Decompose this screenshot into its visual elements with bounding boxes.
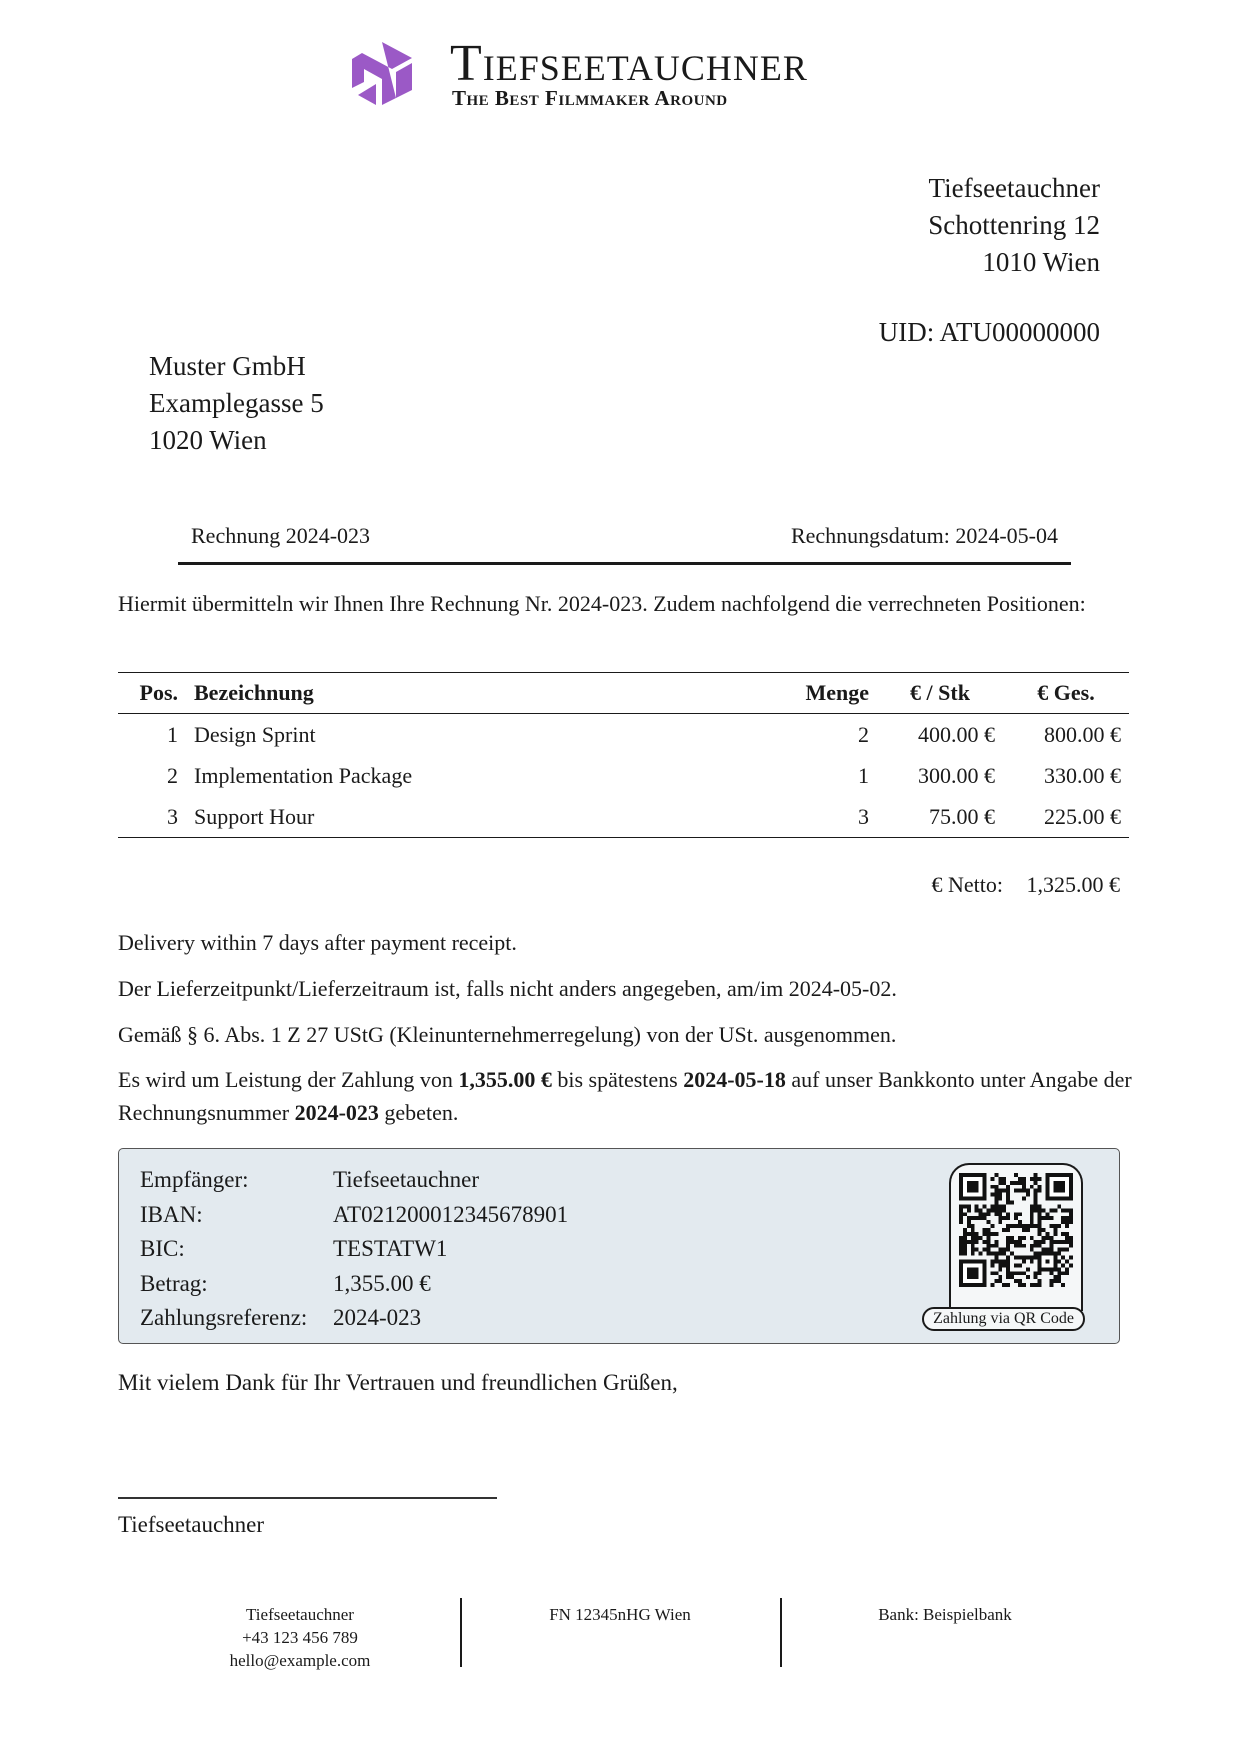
payment-text: gebeten.	[379, 1100, 458, 1125]
field-value: AT021200012345678901	[333, 1198, 568, 1233]
brand-name: Tiefseetauchner	[450, 36, 808, 92]
logo-icon	[352, 42, 414, 108]
field-value: Tiefseetauchner	[333, 1163, 479, 1198]
sender-line: 1010 Wien	[928, 244, 1100, 281]
table-row: 1 Design Sprint 2 400.00 € 800.00 €	[118, 714, 1129, 756]
field-label: Empfänger:	[140, 1163, 333, 1198]
tax-note: Gemäß § 6. Abs. 1 Z 27 UStG (Kleinuntern…	[118, 1018, 1133, 1051]
payment-request: Es wird um Leistung der Zahlung von 1,35…	[118, 1063, 1133, 1129]
closing-text: Mit vielem Dank für Ihr Vertrauen und fr…	[118, 1370, 678, 1396]
payment-field-bic: BIC: TESTATW1	[140, 1232, 568, 1267]
heading-divider	[178, 562, 1071, 565]
field-label: Betrag:	[140, 1267, 333, 1302]
payment-field-reference: Zahlungsreferenz: 2024-023	[140, 1301, 568, 1336]
items-table: Pos. Bezeichnung Menge € / Stk € Ges. 1 …	[118, 672, 1129, 838]
cell-total: 800.00 €	[1003, 714, 1129, 756]
netto-total: € Netto: 1,325.00 €	[932, 872, 1121, 898]
table-row: 2 Implementation Package 1 300.00 € 330.…	[118, 755, 1129, 796]
cell-pos: 2	[118, 755, 186, 796]
uid-number: UID: ATU00000000	[879, 314, 1100, 351]
cell-quantity: 1	[771, 755, 877, 796]
qr-code-frame	[949, 1163, 1083, 1311]
footer-bank: Bank: Beispielbank	[845, 1603, 1045, 1626]
delivery-note: Delivery within 7 days after payment rec…	[118, 926, 1133, 959]
payment-info-box: Empfänger: Tiefseetauchner IBAN: AT02120…	[118, 1148, 1120, 1344]
field-label: IBAN:	[140, 1198, 333, 1233]
field-value: 2024-023	[333, 1301, 421, 1336]
brand-tagline: The Best Filmmaker Around	[452, 86, 728, 110]
qr-code-label: Zahlung via QR Code	[922, 1307, 1085, 1331]
sender-line: Schottenring 12	[928, 207, 1100, 244]
payment-field-recipient: Empfänger: Tiefseetauchner	[140, 1163, 568, 1198]
sender-address: Tiefseetauchner Schottenring 12 1010 Wie…	[928, 170, 1100, 281]
signature-name: Tiefseetauchner	[118, 1512, 264, 1538]
recipient-address: Muster GmbH Examplegasse 5 1020 Wien	[149, 348, 324, 459]
cell-quantity: 3	[771, 796, 877, 838]
cell-total: 225.00 €	[1003, 796, 1129, 838]
col-header-total: € Ges.	[1003, 673, 1129, 714]
netto-label: € Netto:	[932, 872, 1004, 897]
col-header-pos: Pos.	[118, 673, 186, 714]
cell-quantity: 2	[771, 714, 877, 756]
footer-company-register: FN 12345nHG Wien	[505, 1603, 735, 1626]
field-value: 1,355.00 €	[333, 1267, 431, 1302]
payment-amount: 1,355.00 €	[458, 1067, 552, 1092]
recipient-line: Muster GmbH	[149, 348, 324, 385]
cell-pos: 3	[118, 796, 186, 838]
table-row: 3 Support Hour 3 75.00 € 225.00 €	[118, 796, 1129, 838]
cell-description: Support Hour	[186, 796, 771, 838]
cell-total: 330.00 €	[1003, 755, 1129, 796]
payment-text: bis spätestens	[552, 1067, 683, 1092]
col-header-quantity: Menge	[771, 673, 877, 714]
intro-text: Hiermit übermitteln wir Ihnen Ihre Rechn…	[118, 588, 1128, 620]
cell-pos: 1	[118, 714, 186, 756]
cell-description: Design Sprint	[186, 714, 771, 756]
footer-registry: FN 12345nHG Wien	[505, 1603, 735, 1626]
signature-line	[118, 1497, 497, 1499]
field-value: TESTATW1	[333, 1232, 447, 1267]
footer-company: Tiefseetauchner	[200, 1603, 400, 1626]
footer-bank-name: Bank: Beispielbank	[845, 1603, 1045, 1626]
field-label: BIC:	[140, 1232, 333, 1267]
col-header-unit-price: € / Stk	[877, 673, 1003, 714]
payment-reference: 2024-023	[295, 1100, 379, 1125]
footer-divider	[460, 1598, 462, 1667]
payment-field-amount: Betrag: 1,355.00 €	[140, 1267, 568, 1302]
cell-description: Implementation Package	[186, 755, 771, 796]
field-label: Zahlungsreferenz:	[140, 1301, 333, 1336]
col-header-description: Bezeichnung	[186, 673, 771, 714]
qr-code-icon[interactable]	[959, 1173, 1073, 1287]
payment-due-date: 2024-05-18	[683, 1067, 786, 1092]
payment-text: Es wird um Leistung der Zahlung von	[118, 1067, 458, 1092]
payment-fields: Empfänger: Tiefseetauchner IBAN: AT02120…	[140, 1163, 568, 1336]
recipient-line: 1020 Wien	[149, 422, 324, 459]
recipient-line: Examplegasse 5	[149, 385, 324, 422]
cell-unit-price: 300.00 €	[877, 755, 1003, 796]
footer-contact: Tiefseetauchner +43 123 456 789 hello@ex…	[200, 1603, 400, 1672]
footer-phone: +43 123 456 789	[200, 1626, 400, 1649]
footer-divider	[780, 1598, 782, 1667]
invoice-date: Rechnungsdatum: 2024-05-04	[791, 523, 1058, 549]
cell-unit-price: 400.00 €	[877, 714, 1003, 756]
delivery-date-note: Der Lieferzeitpunkt/Lieferzeitraum ist, …	[118, 972, 1133, 1005]
footer-email[interactable]: hello@example.com	[200, 1649, 400, 1672]
cell-unit-price: 75.00 €	[877, 796, 1003, 838]
payment-field-iban: IBAN: AT021200012345678901	[140, 1198, 568, 1233]
table-header-row: Pos. Bezeichnung Menge € / Stk € Ges.	[118, 673, 1129, 714]
netto-value: 1,325.00 €	[1027, 872, 1121, 897]
sender-line: Tiefseetauchner	[928, 170, 1100, 207]
invoice-title: Rechnung 2024-023	[191, 523, 370, 549]
